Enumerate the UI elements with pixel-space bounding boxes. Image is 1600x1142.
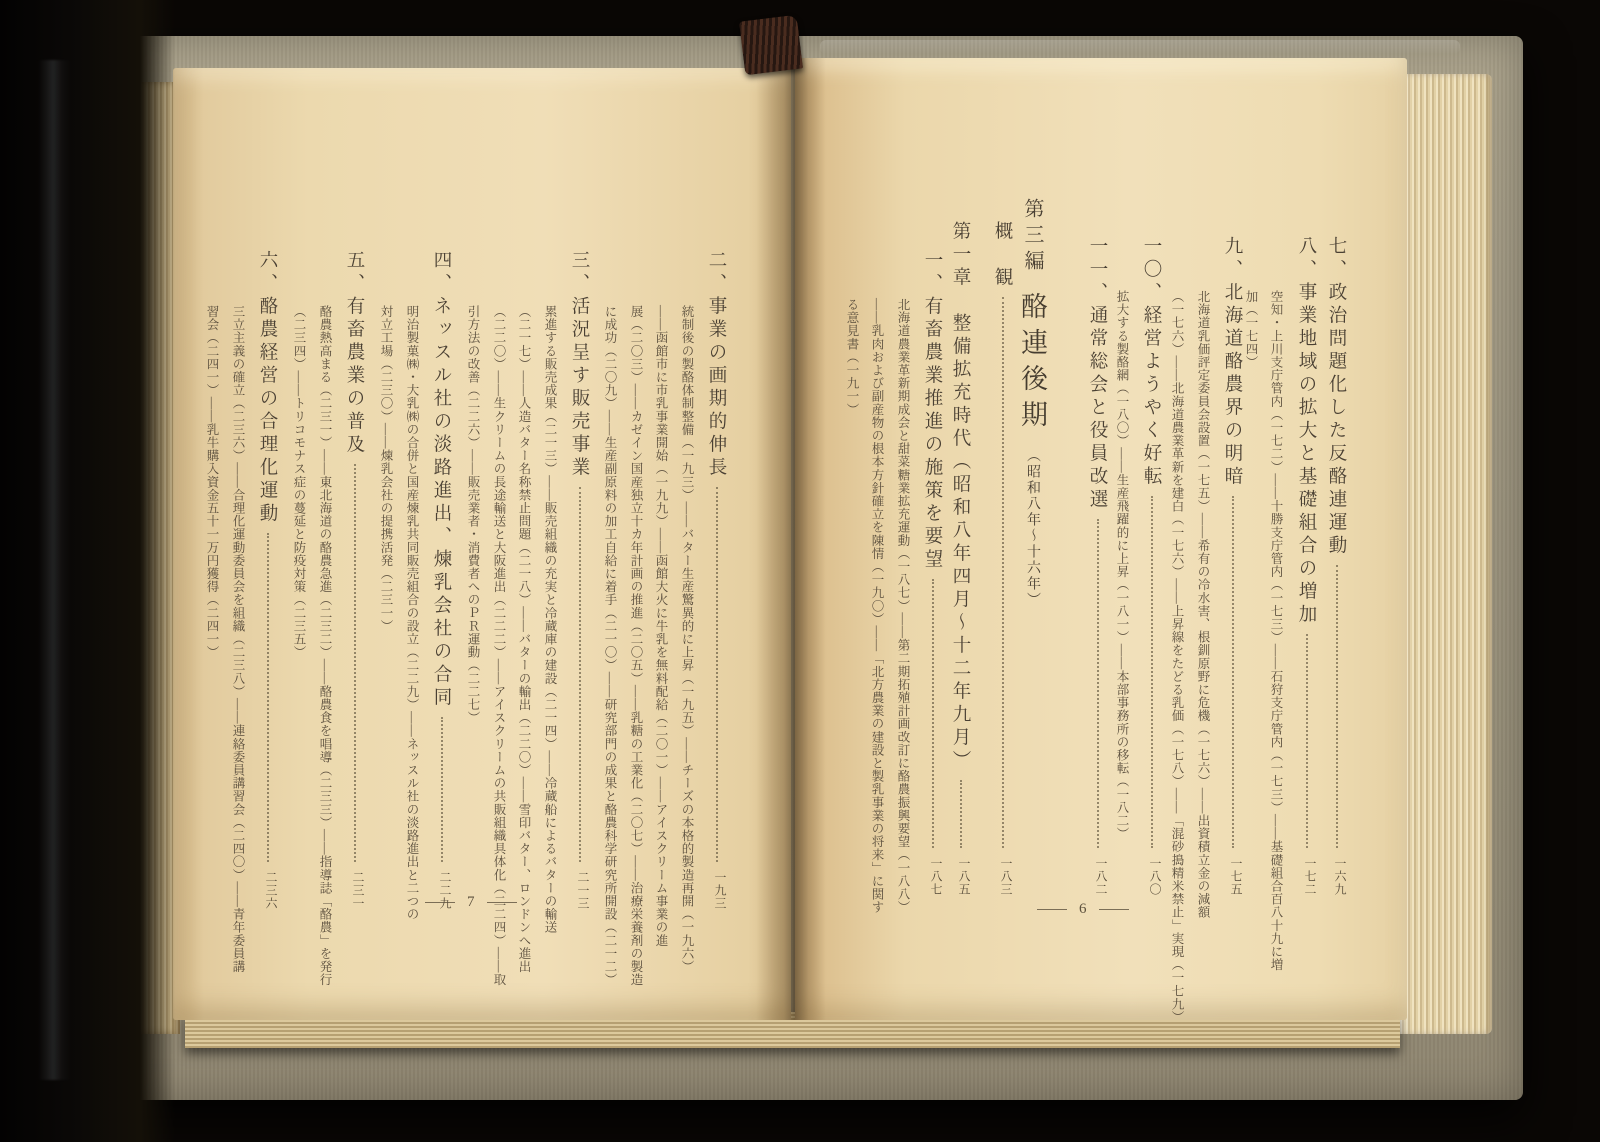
entry-title: 北海道酪農界の明暗 <box>1222 282 1242 489</box>
part-label: 第三編 <box>1021 198 1043 276</box>
entry-number: 六、 <box>257 250 277 296</box>
toc-entry: 七、政治問題化した反酪連運動 一六九 <box>1323 236 1349 896</box>
entry-title: 概 観 <box>992 221 1012 290</box>
folio-dash <box>1037 909 1067 910</box>
toc-entry-detail: （二一七）――人造バター名称禁止問題（二一八）――バターの輸出（二二〇）――雪印… <box>515 305 533 945</box>
entry-number: 二、 <box>706 250 726 296</box>
plastic-sleeve-shadow <box>0 0 175 1142</box>
right-page: 七、政治問題化した反酪連運動 一六九 八、事業地域の拡大と基礎組合の増加 一七二… <box>795 58 1407 1020</box>
entry-page-number: 二三六 <box>254 869 280 910</box>
entry-number: 四、 <box>431 250 451 296</box>
entry-number: 一、 <box>922 250 942 296</box>
toc-entry: 三、活況呈す販売事業 二一三 <box>566 250 592 910</box>
entry-page-number: 一七五 <box>1219 855 1245 896</box>
page-folio: 6 <box>1037 901 1129 918</box>
toc-entry-detail: （二二〇）――生クリームの長途輸送と大阪進出（二二二）――アイスクリームの共販組… <box>490 305 508 945</box>
toc-entry-detail: 北海道乳価評定委員会設置（一七五）――希有の冷水害、根釧原野に危機（一七六）――… <box>1194 290 1212 905</box>
entry-title: 有畜農業推進の施策を要望 <box>922 296 942 572</box>
entry-number: 九、 <box>1222 236 1242 282</box>
page-edges-right <box>1400 74 1492 1034</box>
entry-title: 整備拡充時代（昭和八年四月〜十二年九月） <box>950 313 970 773</box>
entry-title: 有畜農業の普及 <box>344 296 364 457</box>
leader-dots <box>919 572 945 855</box>
book-photo: { "toc": { "right_page": { "folio": "6",… <box>0 0 1600 1142</box>
leader-dots <box>1084 512 1110 855</box>
book-gutter-shadow <box>756 58 826 1020</box>
folio-number: 6 <box>1079 901 1087 918</box>
toc-entry: 一、有畜農業推進の施策を要望 一八七 <box>919 250 945 896</box>
toc-entry-detail: 累進する販売成果（二一三）――販売組織の充実と冷蔵庫の建設（二一四）――冷蔵船に… <box>541 305 559 945</box>
entry-page-number: 一六九 <box>1323 855 1349 896</box>
entry-page-number: 一八三 <box>989 855 1015 896</box>
leader-dots <box>947 773 973 855</box>
leader-dots <box>341 457 367 869</box>
entry-title: ネッスル社の淡路進出、煉乳会社の合同 <box>431 296 451 710</box>
entry-page-number: 一八七 <box>919 855 945 896</box>
entry-page-number: 一八五 <box>947 855 973 896</box>
toc-entry-detail: に成功（二〇九）――生産副原料の加工自給に着手（二一〇）――研究部門の成果と酪農… <box>601 305 619 945</box>
toc-entry-detail: 対立工場（二三〇）――煉乳会社の提携活発（二三一） <box>377 305 395 945</box>
toc-entry: 一一、通常総会と役員改選 一八二 <box>1084 236 1110 896</box>
toc-entry: 概 観 一八三 <box>989 221 1015 896</box>
toc-entry-detail: 習会（二四一）――乳牛購入資金五十一万円獲得（二四一） <box>203 305 221 945</box>
leader-dots <box>1323 558 1349 855</box>
entry-page-number: 一七二 <box>1293 855 1319 896</box>
leader-dots <box>989 290 1015 855</box>
folio-dash <box>487 902 517 903</box>
entry-title: 通常総会と役員改選 <box>1087 305 1107 512</box>
entry-number: 五、 <box>344 250 364 296</box>
toc-entry: 六、酪農経営の合理化運動 二三六 <box>254 250 280 910</box>
entry-number: 第一章 <box>950 221 970 313</box>
entry-number: 一一、 <box>1087 236 1107 305</box>
leader-dots <box>1219 489 1245 855</box>
folio-dash <box>425 902 455 903</box>
leader-dots <box>703 480 729 869</box>
entry-title: 事業地域の拡大と基礎組合の増加 <box>1296 282 1316 627</box>
toc-entry: 二、事業の画期的伸長 一九三 <box>703 250 729 910</box>
toc-entry-detail: 三立主義の確立（二三六）――合理化運動委員会を組織（二三八）――連絡委員講習会（… <box>229 305 247 945</box>
toc-entry-detail: 拡大する製酪網（一八〇）――生産飛躍的に上昇（一八一）――本部事務所の移転（一八… <box>1113 290 1131 905</box>
toc-entry-detail: 引方法の改善（二二六）――販売業者・消費者へのＰＲ運動（二二七） <box>464 305 482 945</box>
toc-entry-detail: 明治製菓㈱・大乳㈱の合併と国産煉乳共同販売組合の設立（二二九）――ネッスル社の淡… <box>403 305 421 945</box>
entry-number: 一〇、 <box>1141 236 1161 305</box>
toc-entry-detail: ――乳肉および副産物の根本方針確立を陳情（一九〇）――「北方農業の建設と製乳事業… <box>868 298 886 913</box>
entry-title: 酪農経営の合理化運動 <box>257 296 277 526</box>
leader-dots <box>1293 627 1319 855</box>
page-folio: 7 <box>425 894 517 911</box>
toc-entry-detail: 統制後の製酪体制整備（一九三）――バター生産驚異的に上昇（一九五）――チーズの本… <box>678 305 696 945</box>
entry-number: 七、 <box>1326 236 1346 282</box>
toc-entry: 一〇、経営ようやく好転 一八〇 <box>1138 236 1164 896</box>
entry-page-number: 二一三 <box>566 869 592 910</box>
entry-title: 活況呈す販売事業 <box>569 296 589 480</box>
entry-number: 三、 <box>569 250 589 296</box>
entry-page-number: 一八〇 <box>1138 855 1164 896</box>
leader-dots <box>566 480 592 869</box>
part-heading: 第三編酪連後期（昭和八年〜十六年） <box>1013 198 1052 898</box>
plastic-sheen <box>820 40 1460 54</box>
toc-entry-detail: 酪農熱高まる（二三一）――東北海道の酪農急進（二三二）――酪農食を唱導（二三三）… <box>316 305 334 945</box>
folio-number: 7 <box>467 894 475 911</box>
folio-dash <box>1099 909 1129 910</box>
leader-dots <box>428 710 454 869</box>
toc-entry: 第一章 整備拡充時代（昭和八年四月〜十二年九月） 一八五 <box>947 221 973 896</box>
bookmark-ribbon <box>739 15 803 76</box>
entry-page-number: 一九三 <box>703 869 729 910</box>
toc-entry: 五、有畜農業の普及 二三一 <box>341 250 367 910</box>
toc-entry: 四、ネッスル社の淡路進出、煉乳会社の合同 二二九 <box>428 250 454 910</box>
entry-page-number: 一八二 <box>1084 855 1110 896</box>
entry-page-number: 二三一 <box>341 869 367 910</box>
left-page: 二、事業の画期的伸長 一九三 統制後の製酪体制整備（一九三）――バター生産驚異的… <box>173 68 791 1020</box>
entry-number: 八、 <box>1296 236 1316 282</box>
entry-title: 事業の画期的伸長 <box>706 296 726 480</box>
toc-entry-detail: 北海道農業革新期成会と甜菜糖業拡充運動（一八七）――第二期拓殖計画改訂に酪農振興… <box>894 298 912 913</box>
entry-title: 政治問題化した反酪連運動 <box>1326 282 1346 558</box>
toc-entry-detail: （二三四）――トリコモナス症の蔓延と防疫対策（二三五） <box>290 305 308 945</box>
toc-entry: 八、事業地域の拡大と基礎組合の増加 一七二 <box>1293 236 1319 896</box>
leader-dots <box>1138 489 1164 855</box>
leader-dots <box>254 526 280 869</box>
toc-entry-detail: る意見書（一九一） <box>843 298 861 913</box>
part-years: （昭和八年〜十六年） <box>1025 448 1040 608</box>
plastic-sleeve-highlight <box>38 60 72 1080</box>
toc-entry-detail: （一七六）――北海道農業革新を建白（一七六）――上昇線をたどる乳価（一七八）――… <box>1168 290 1186 905</box>
toc-entry-detail: ――函館市に市乳事業開始（一九九）――函館大火に牛乳を無料配給（二〇一）――アイ… <box>652 305 670 945</box>
part-title: 酪連後期 <box>1017 292 1047 436</box>
toc-entry: 九、北海道酪農界の明暗 一七五 <box>1219 236 1245 896</box>
toc-entry-detail: 展（二〇三）――カゼイン国産独立十カ年計画の推進（二〇五）――乳糖の工業化（二〇… <box>627 305 645 945</box>
entry-title: 経営ようやく好転 <box>1141 305 1161 489</box>
toc-entry-detail: 空知・上川支庁管内（一七二）――十勝支庁管内（一七三）――石狩支庁管内（一七三）… <box>1267 290 1285 905</box>
